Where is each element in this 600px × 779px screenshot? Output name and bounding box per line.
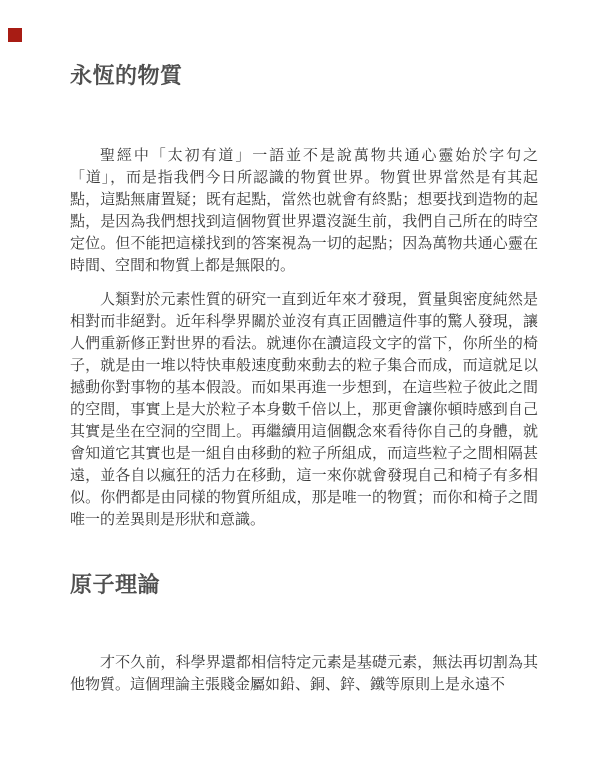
paragraph-atomic-theory-1: 才不久前，科學界還都相信特定元素是基礎元素，無法再切割為其他物質。這個理論主張賤… xyxy=(70,652,538,696)
paragraph-eternal-matter-1: 聖經中「太初有道」一語並不是說萬物共通心靈始於字句之「道」，而是指我們今日所認識… xyxy=(70,145,538,277)
red-square-marker xyxy=(8,28,22,42)
paragraph-eternal-matter-2: 人類對於元素性質的研究一直到近年來才發現，質量與密度純然是相對而非絕對。近年科學… xyxy=(70,289,538,531)
document-page: 永恆的物質 聖經中「太初有道」一語並不是說萬物共通心靈始於字句之「道」，而是指我… xyxy=(0,0,600,779)
section-heading-eternal-matter: 永恆的物質 xyxy=(70,62,540,90)
section-heading-atomic-theory: 原子理論 xyxy=(70,571,540,599)
